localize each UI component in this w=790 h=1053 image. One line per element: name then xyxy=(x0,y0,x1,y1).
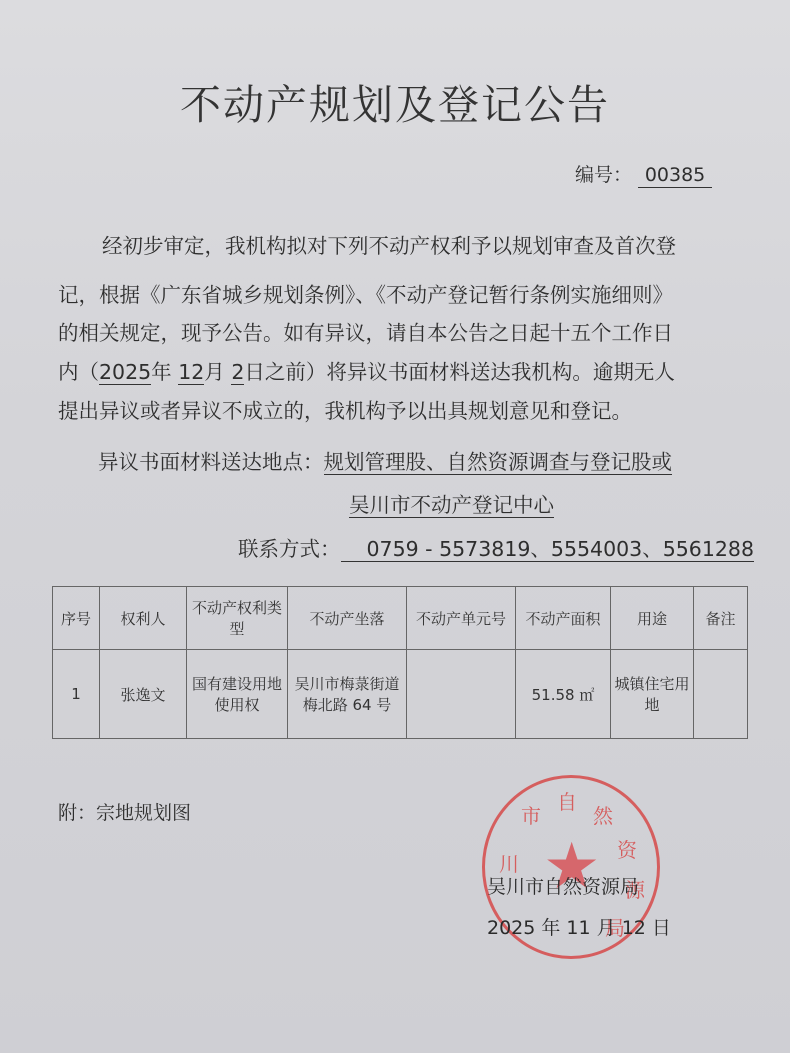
col-header: 序号 xyxy=(53,587,100,650)
body-line-4: 内（2025年 12月 2日之前）将异议书面材料送达我机构。逾期无人 xyxy=(58,355,675,385)
body-line-3: 的相关规定，现予公告。如有异议，请自本公告之日起十五个工作日 xyxy=(58,316,673,346)
address-label: 异议书面材料送达地点： xyxy=(98,450,324,474)
contact-info: 联系方式：0759 - 5573819、5554003、5561288 xyxy=(238,532,754,562)
col-header: 不动产权利类型 xyxy=(187,587,288,650)
cell-right-type: 国有建设用地使用权 xyxy=(187,650,288,739)
seal-char: 然 xyxy=(593,800,613,829)
seal-char: 资 xyxy=(617,834,637,863)
col-header: 不动产坐落 xyxy=(288,587,407,650)
cell-area: 51.58 ㎡ xyxy=(516,650,611,739)
col-header: 不动产单元号 xyxy=(407,587,516,650)
document-number: 编号： 00385 xyxy=(575,160,712,188)
doc-no-value: 00385 xyxy=(638,164,712,188)
body-line-2: 记，根据《广东省城乡规划条例》、《不动产登记暂行条例实施细则》 xyxy=(58,278,673,308)
col-header: 不动产面积 xyxy=(516,587,611,650)
objection-address-2: 吴川市不动产登记中心 xyxy=(349,488,554,518)
cell-unit-no xyxy=(407,650,516,739)
seal-char: 市 xyxy=(521,800,541,829)
doc-no-label: 编号： xyxy=(575,164,632,186)
contact-value: 0759 - 5573819、5554003、5561288 xyxy=(341,537,755,562)
deadline-day: 2 xyxy=(231,360,244,385)
property-table: 序号 权利人 不动产权利类型 不动产坐落 不动产单元号 不动产面积 用途 备注 … xyxy=(52,586,748,739)
issuing-authority: 吴川市自然资源局 xyxy=(487,872,639,899)
attachment-note: 附：宗地规划图 xyxy=(58,798,191,825)
col-header: 用途 xyxy=(611,587,694,650)
objection-address: 异议书面材料送达地点：规划管理股、自然资源调查与登记股或 xyxy=(98,445,672,475)
cell-no: 1 xyxy=(53,650,100,739)
seal-char: 自 xyxy=(557,786,577,815)
col-header: 权利人 xyxy=(100,587,187,650)
line4-prefix: 内（ xyxy=(58,360,99,384)
body-line-5: 提出异议或者异议不成立的，我机构予以出具规划意见和登记。 xyxy=(58,394,632,424)
cell-usage: 城镇住宅用地 xyxy=(611,650,694,739)
col-header: 备注 xyxy=(694,587,748,650)
cell-owner: 张逸文 xyxy=(100,650,187,739)
body-line-1: 经初步审定，我机构拟对下列不动产权利予以规划审查及首次登 xyxy=(102,229,676,259)
table-row: 1 张逸文 国有建设用地使用权 吴川市梅菉街道梅北路 64 号 51.58 ㎡ … xyxy=(53,650,748,739)
cell-location: 吴川市梅菉街道梅北路 64 号 xyxy=(288,650,407,739)
year-suffix: 年 xyxy=(151,360,172,384)
table-header-row: 序号 权利人 不动产权利类型 不动产坐落 不动产单元号 不动产面积 用途 备注 xyxy=(53,587,748,650)
page-title: 不动产规划及登记公告 xyxy=(0,72,790,131)
month-suffix: 月 xyxy=(204,360,225,384)
line4-rest: 日之前）将异议书面材料送达我机构。逾期无人 xyxy=(244,360,675,384)
cell-remark xyxy=(694,650,748,739)
deadline-year: 2025 xyxy=(99,360,151,385)
address-line-1: 规划管理股、自然资源调查与登记股或 xyxy=(324,450,673,475)
address-line-2: 吴川市不动产登记中心 xyxy=(349,493,554,518)
contact-label: 联系方式： xyxy=(238,537,341,561)
issue-date: 2025 年 11 月 12 日 xyxy=(487,913,671,940)
deadline-month: 12 xyxy=(178,360,204,385)
